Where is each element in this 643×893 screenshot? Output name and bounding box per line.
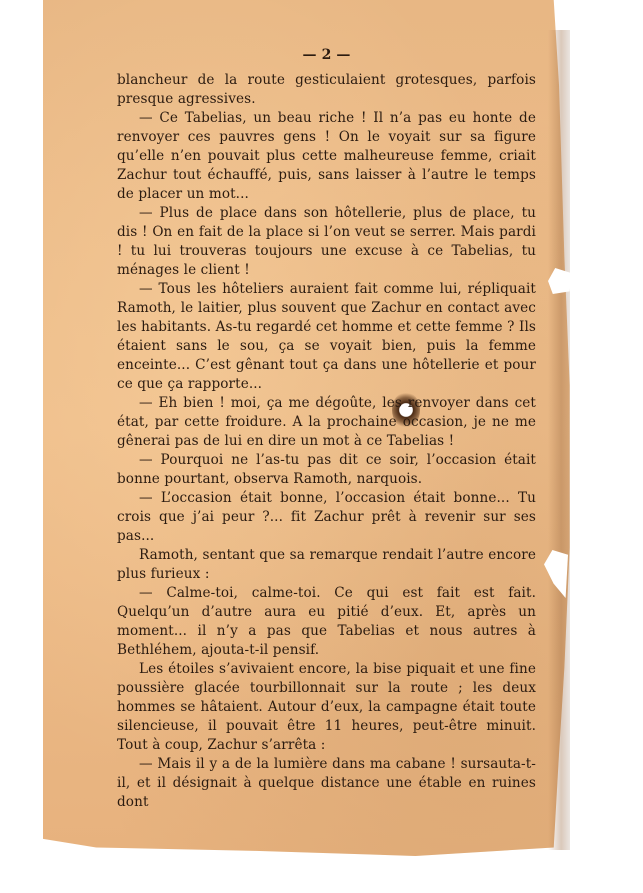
paragraph: — L’occasion était bonne, l’occasion éta… (117, 489, 536, 546)
page-number: — 2 — (117, 46, 536, 65)
paragraph: — Plus de place dans son hôtellerie, plu… (117, 204, 536, 280)
paragraph: Les étoiles s’avivaient encore, la bise … (117, 660, 536, 755)
paragraph: Ramoth, sentant que sa remarque rendait … (117, 546, 536, 584)
paragraph: — Mais il y a de la lumière dans ma caba… (117, 755, 536, 812)
page-text: — 2 — blancheur de la route gesticulaien… (117, 46, 536, 812)
paragraph: — Tous les hôteliers auraient fait comme… (117, 280, 536, 394)
paragraph: — Pourquoi ne l’as-tu pas dit ce soir, l… (117, 451, 536, 489)
paragraph: — Calme-toi, calme-toi. Ce qui est fait … (117, 584, 536, 660)
paragraph: blancheur de la route gesticulaient grot… (117, 71, 536, 109)
paper-fold-crease (548, 30, 570, 850)
paragraph: — Eh bien ! moi, ça me dégoûte, les renv… (117, 394, 536, 451)
paragraph: — Ce Tabelias, un beau riche ! Il n’a pa… (117, 109, 536, 204)
